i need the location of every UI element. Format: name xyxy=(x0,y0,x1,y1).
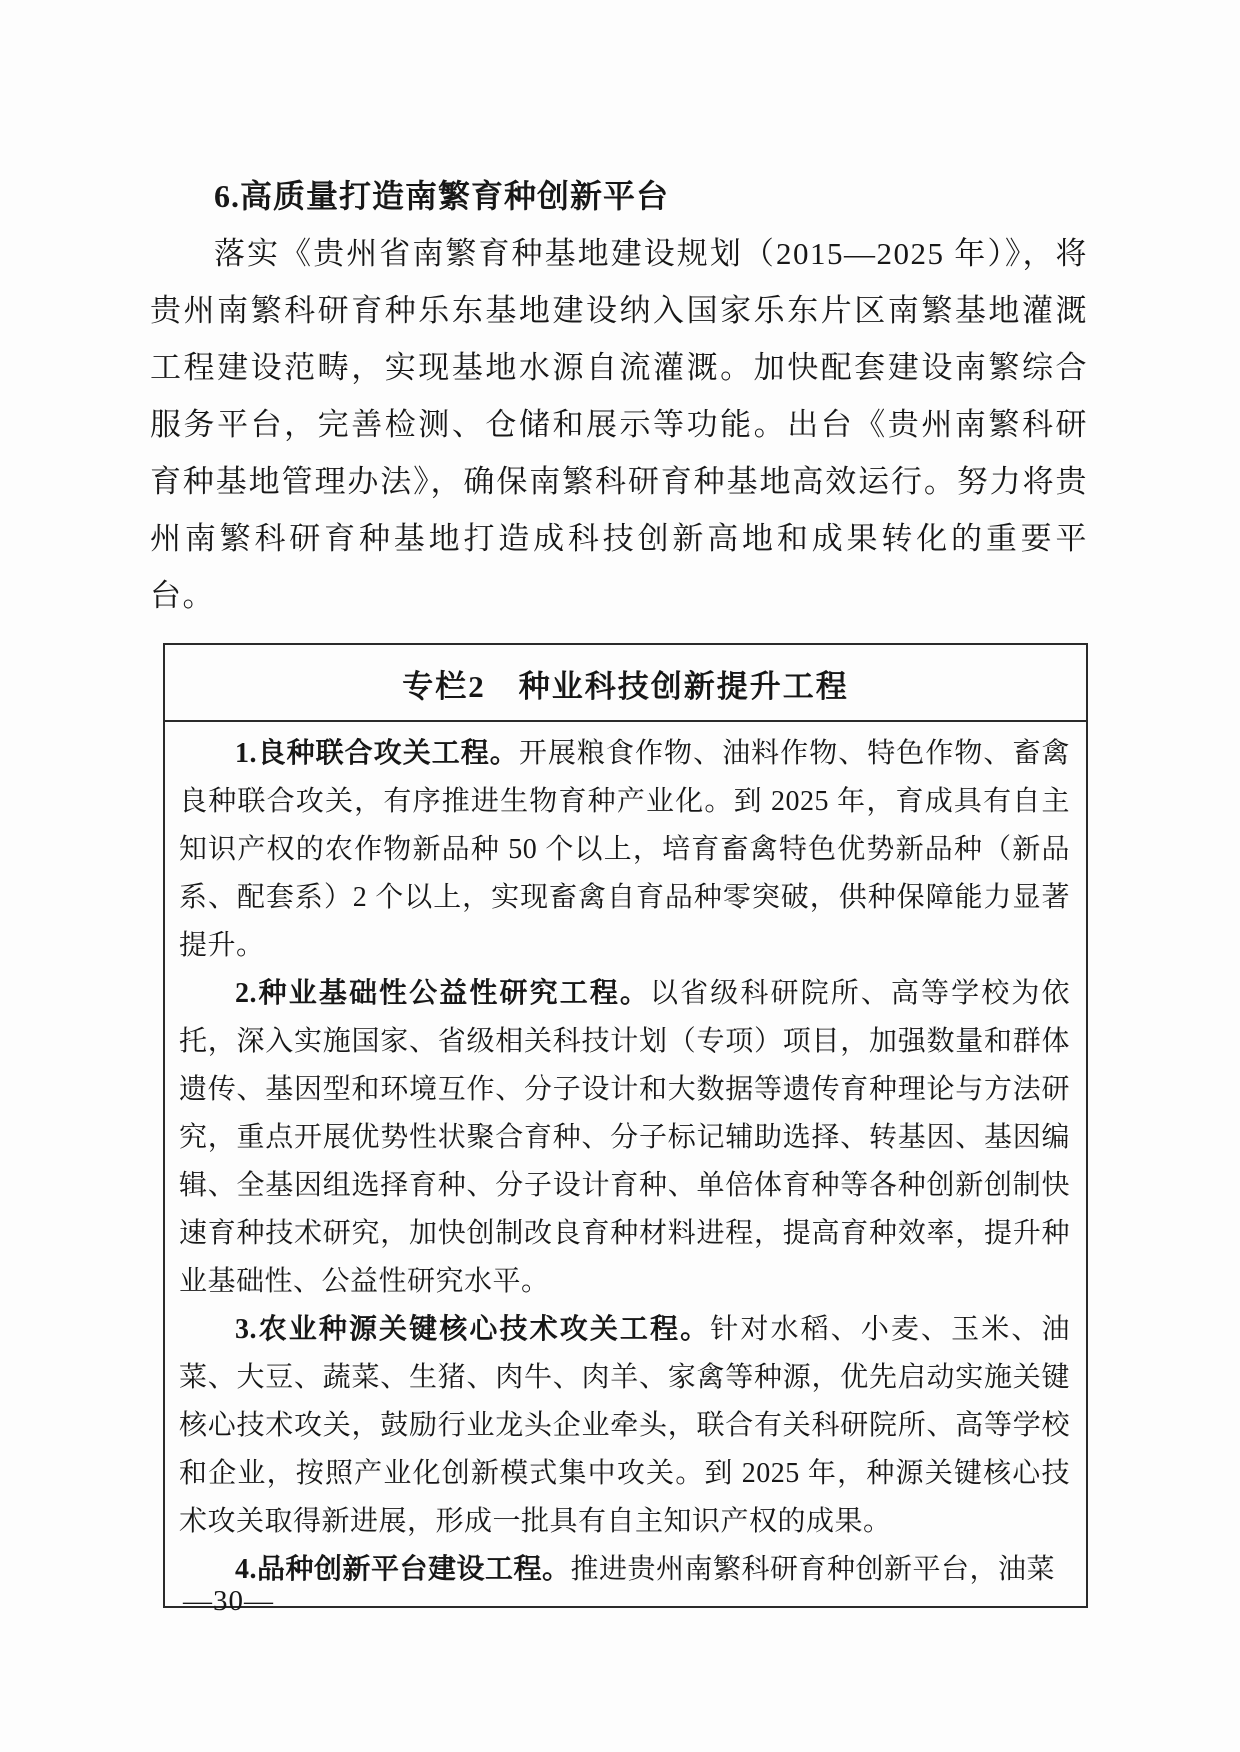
box-item-4: 4.品种创新平台建设工程。推进贵州南繁科研育种创新平台，油菜 xyxy=(179,1546,1070,1594)
page-number: —30— xyxy=(183,1585,274,1618)
box-item-2: 2.种业基础性公益性研究工程。以省级科研院所、高等学校为依托，深入实施国家、省级… xyxy=(179,970,1070,1306)
box-item-1-text: 开展粮食作物、油料作物、特色作物、畜禽良种联合攻关，有序推进生物育种产业化。到 … xyxy=(179,738,1070,961)
section-paragraph: 落实《贵州省南繁育种基地建设规划（2015—2025 年）》，将贵州南繁科研育种… xyxy=(150,225,1088,624)
box-item-2-lead: 2.种业基础性公益性研究工程。 xyxy=(235,978,650,1009)
document-page: 6.高质量打造南繁育种创新平台 落实《贵州省南繁育种基地建设规划（2015—20… xyxy=(0,0,1240,1752)
section-heading: 6.高质量打造南繁育种创新平台 xyxy=(150,168,1088,225)
box-item-3-text: 针对水稻、小麦、玉米、油菜、大豆、蔬菜、生猪、肉牛、肉羊、家禽等种源，优先启动实… xyxy=(179,1314,1070,1537)
box-item-1-lead: 1.良种联合攻关工程。 xyxy=(235,738,519,769)
section-content: 6.高质量打造南繁育种创新平台 落实《贵州省南繁育种基地建设规划（2015—20… xyxy=(150,168,1088,624)
column-box-title: 专栏2 种业科技创新提升工程 xyxy=(165,645,1086,722)
box-item-1: 1.良种联合攻关工程。开展粮食作物、油料作物、特色作物、畜禽良种联合攻关，有序推… xyxy=(179,730,1070,970)
column-box-body: 1.良种联合攻关工程。开展粮食作物、油料作物、特色作物、畜禽良种联合攻关，有序推… xyxy=(165,722,1086,1606)
box-item-4-lead: 4.品种创新平台建设工程。 xyxy=(235,1554,571,1585)
box-item-2-text: 以省级科研院所、高等学校为依托，深入实施国家、省级相关科技计划（专项）项目，加强… xyxy=(179,978,1070,1297)
column-box: 专栏2 种业科技创新提升工程 1.良种联合攻关工程。开展粮食作物、油料作物、特色… xyxy=(163,643,1088,1608)
box-item-3-lead: 3.农业种源关键核心技术攻关工程。 xyxy=(235,1314,710,1345)
box-item-4-text: 推进贵州南繁科研育种创新平台，油菜 xyxy=(571,1554,1056,1585)
box-item-3: 3.农业种源关键核心技术攻关工程。针对水稻、小麦、玉米、油菜、大豆、蔬菜、生猪、… xyxy=(179,1306,1070,1546)
